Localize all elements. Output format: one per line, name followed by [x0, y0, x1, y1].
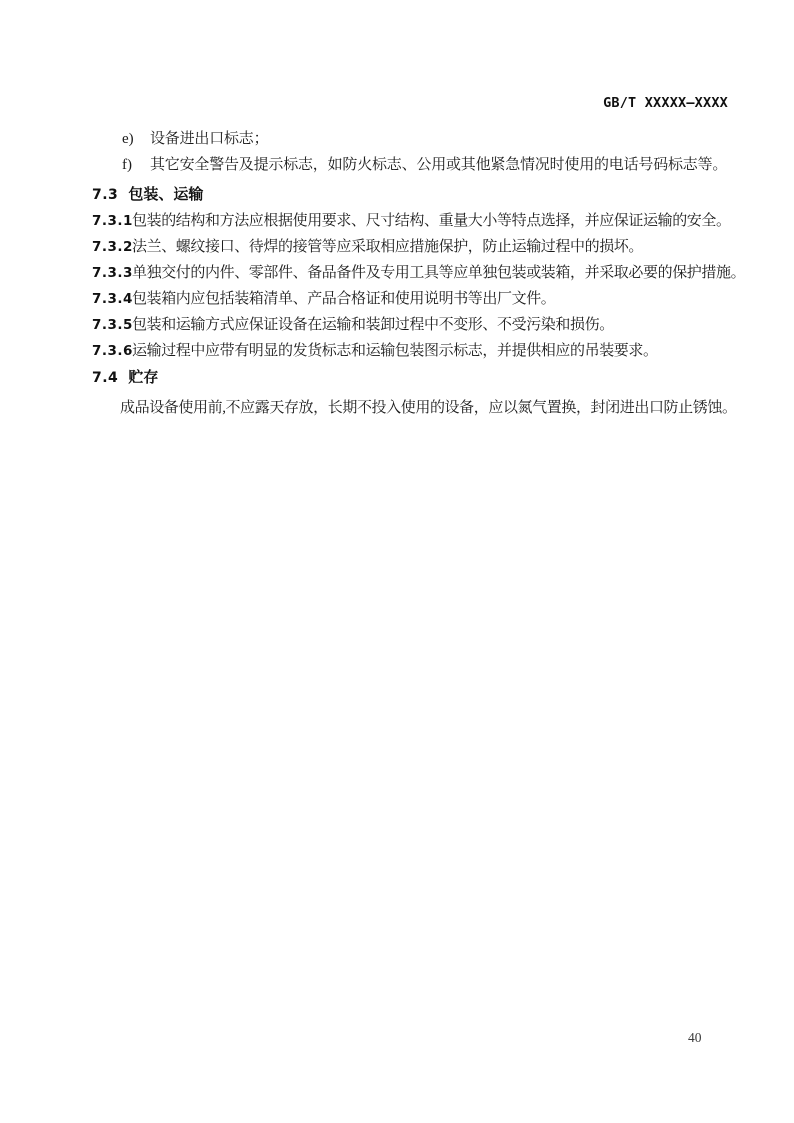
- clause-text: 包装的结构和方法应根据使用要求、尺寸结构、重量大小等特点选择，并应保证运输的安全…: [132, 213, 731, 229]
- list-item: f)其它安全警告及提示标志，如防火标志、公用或其他紧急情况时使用的电话号码标志等…: [122, 152, 727, 178]
- section-title: 包装、运输: [128, 186, 203, 203]
- clause-number: 7.3.4: [92, 287, 132, 312]
- clause-list: 7.3.1包装的结构和方法应根据使用要求、尺寸结构、重量大小等特点选择，并应保证…: [92, 208, 745, 364]
- clause-number: 7.3.1: [92, 209, 132, 234]
- lettered-list: e)设备进出口标志； f)其它安全警告及提示标志，如防火标志、公用或其他紧急情况…: [122, 126, 727, 178]
- section-title: 贮存: [128, 369, 158, 386]
- list-item: e)设备进出口标志；: [122, 126, 727, 152]
- clause: 7.3.2法兰、螺纹接口、待焊的接管等应采取相应措施保护，防止运输过程中的损坏。: [92, 234, 745, 260]
- clause-number: 7.3.5: [92, 313, 132, 338]
- clause-text: 包装和运输方式应保证设备在运输和装卸过程中不变形、不受污染和损伤。: [132, 317, 614, 333]
- page-number: 40: [688, 1030, 702, 1046]
- clause-number: 7.3.6: [92, 339, 132, 364]
- clause: 7.3.1包装的结构和方法应根据使用要求、尺寸结构、重量大小等特点选择，并应保证…: [92, 208, 745, 234]
- section-number: 7.4: [92, 370, 118, 386]
- list-item-text: 其它安全警告及提示标志，如防火标志、公用或其他紧急情况时使用的电话号码标志等。: [150, 157, 727, 173]
- clause-text: 运输过程中应带有明显的发货标志和运输包装图示标志，并提供相应的吊装要求。: [132, 343, 658, 359]
- clause: 7.3.3单独交付的内件、零部件、备品备件及专用工具等应单独包装或装箱，并采取必…: [92, 260, 745, 286]
- standard-number: GB/T XXXXX—XXXX: [603, 95, 728, 111]
- clause: 7.3.5包装和运输方式应保证设备在运输和装卸过程中不变形、不受污染和损伤。: [92, 312, 745, 338]
- clause-text: 法兰、螺纹接口、待焊的接管等应采取相应措施保护，防止运输过程中的损坏。: [132, 239, 643, 255]
- clause: 7.3.6运输过程中应带有明显的发货标志和运输包装图示标志，并提供相应的吊装要求…: [92, 338, 745, 364]
- document-page: GB/T XXXXX—XXXX e)设备进出口标志； f)其它安全警告及提示标志…: [0, 0, 794, 1123]
- clause-text: 单独交付的内件、零部件、备品备件及专用工具等应单独包装或装箱，并采取必要的保护措…: [132, 265, 745, 281]
- list-item-marker: e): [122, 126, 150, 152]
- section-heading-7-4: 7.4贮存: [92, 366, 158, 387]
- section-heading-7-3: 7.3包装、运输: [92, 183, 203, 204]
- section-number: 7.3: [92, 187, 118, 203]
- list-item-text: 设备进出口标志；: [150, 131, 268, 147]
- clause-text: 包装箱内应包括装箱清单、产品合格证和使用说明书等出厂文件。: [132, 291, 555, 307]
- clause-number: 7.3.3: [92, 261, 132, 286]
- clause: 7.3.4包装箱内应包括装箱清单、产品合格证和使用说明书等出厂文件。: [92, 286, 745, 312]
- body-paragraph: 成品设备使用前,不应露天存放，长期不投入使用的设备，应以氮气置换，封闭进出口防止…: [120, 396, 737, 417]
- list-item-marker: f): [122, 152, 150, 178]
- clause-number: 7.3.2: [92, 235, 132, 260]
